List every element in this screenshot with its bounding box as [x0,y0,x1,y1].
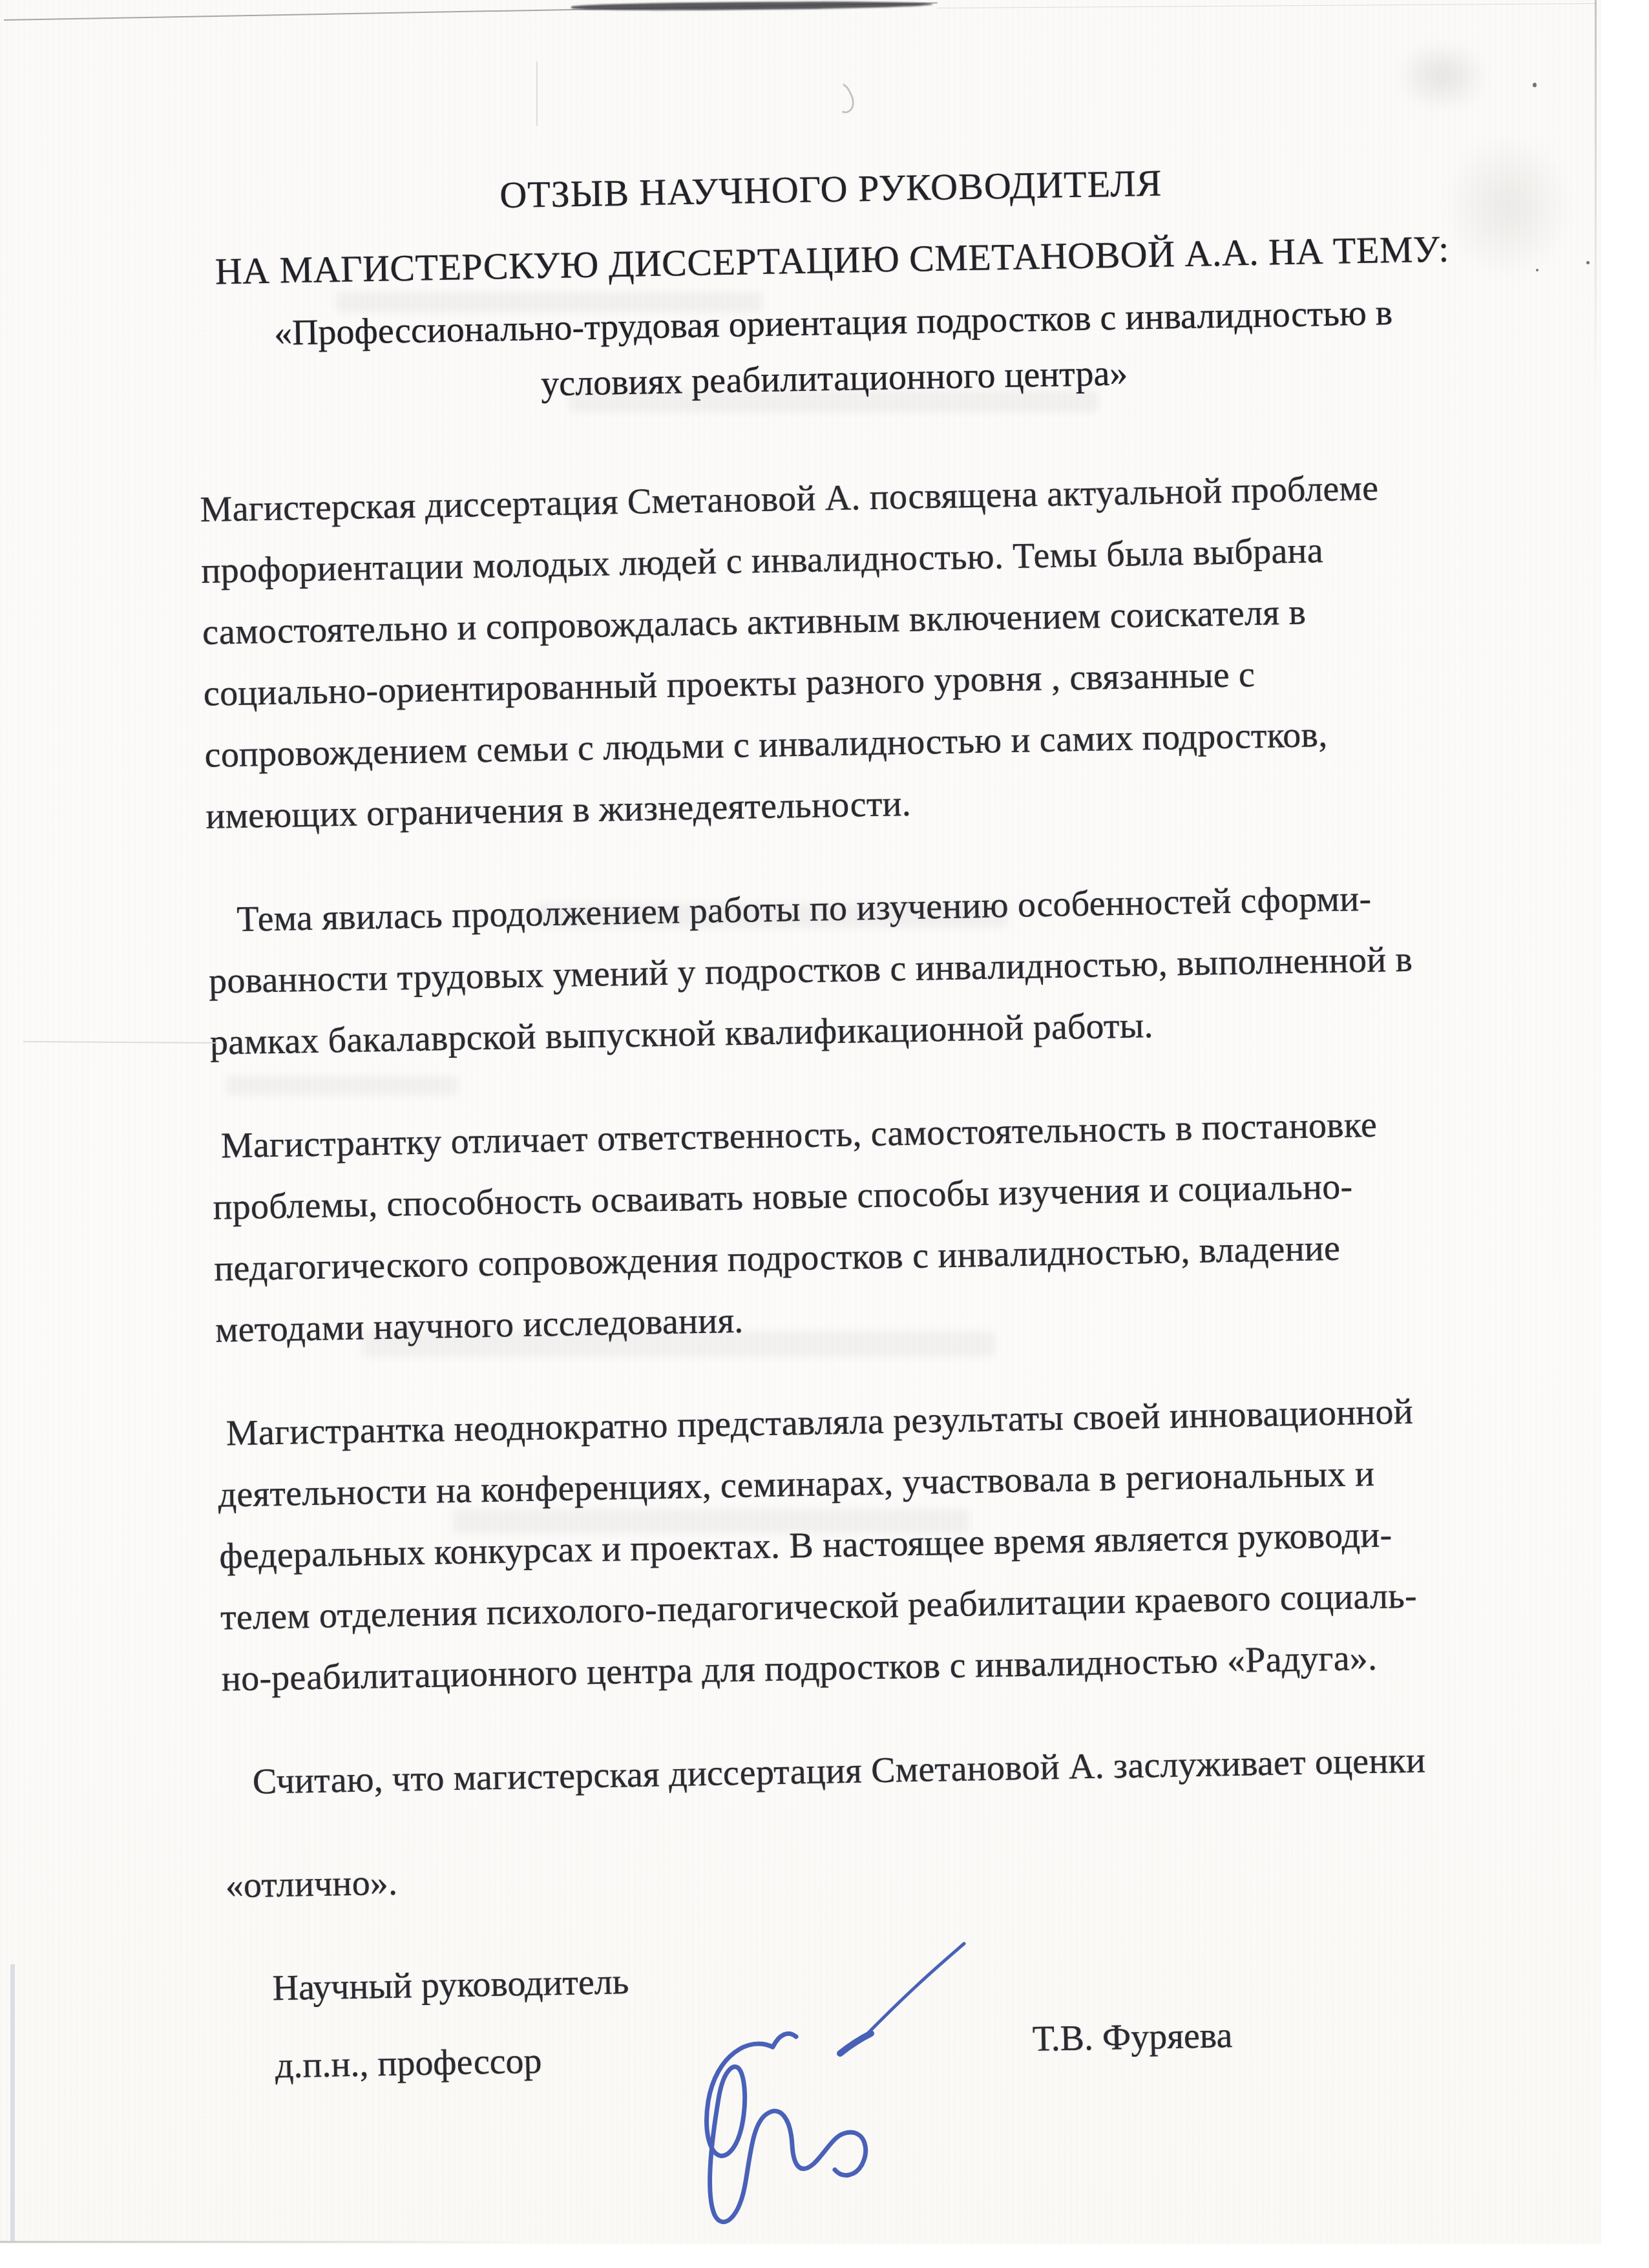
document-body: Магистерская диссертация Сметановой А. п… [200,456,1498,1917]
body-paragraph-2: Тема явилась продолжением работы по изуч… [207,866,1484,1074]
scan-artifact-bottom-paper-edge [0,2241,530,2243]
scan-artifact-ink-dot [1586,261,1590,264]
scan-artifact-vertical-crease [536,61,538,126]
body-paragraph-1: Магистерская диссертация Сметановой А. п… [200,456,1479,848]
body-paragraph-4: Магистрантка неоднократно представляла р… [216,1380,1495,1710]
scan-artifact-corner-crumple [1376,26,1596,304]
scan-artifact-left-edge-line [10,1964,15,2242]
scanner-background-bottom [0,2244,1649,2268]
handwritten-signature-ink [646,1922,995,2239]
scanned-document-page: ОТЗЫВ НАУЧНОГО РУКОВОДИТЕЛЯ НА МАГИСТЕРС… [0,0,1649,2268]
scan-artifact-ink-dot [1536,269,1539,271]
body-paragraph-3: Магистрантку отличает ответственность, с… [211,1093,1489,1361]
body-paragraph-verdict: «отлично». [225,1832,1498,1916]
signature-name: Т.В. Фуряева [1032,2005,1233,2070]
signature-degree-label: д.п.н., профессор [275,2031,542,2097]
body-paragraph-5: Считаю, что магистерская диссертация Сме… [223,1728,1497,1813]
document-title: ОТЗЫВ НАУЧНОГО РУКОВОДИТЕЛЯ НА МАГИСТЕРС… [194,142,1471,418]
scanner-background-right [1601,0,1649,582]
scan-artifact-ink-dot [1533,83,1537,87]
document-content: ОТЗЫВ НАУЧНОГО РУКОВОДИТЕЛЯ НА МАГИСТЕРС… [194,142,1502,2098]
